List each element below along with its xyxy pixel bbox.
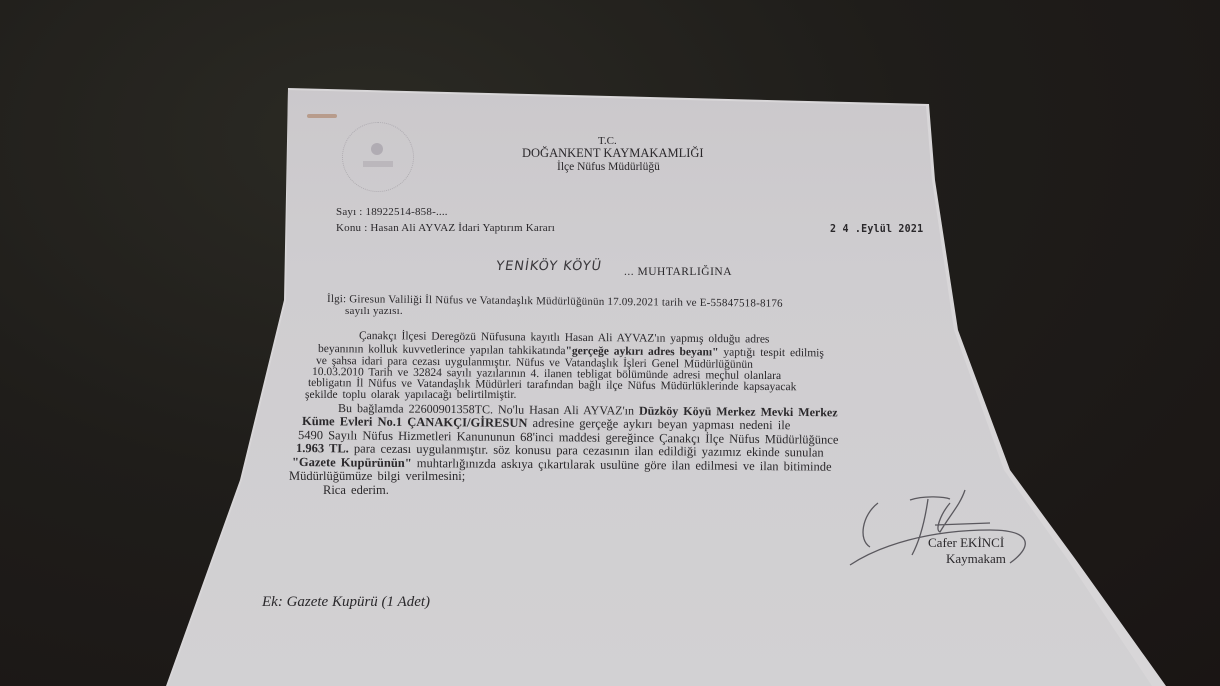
signatory-title: Kaymakam: [946, 551, 1006, 567]
gazette-bold: "Gazete Kupürünün": [292, 455, 412, 470]
signature-icon: [840, 485, 1040, 575]
signatory-name: Cafer EKİNCİ: [928, 535, 1004, 551]
ilgi-line-2: sayılı yazısı.: [345, 305, 403, 317]
p1-text-tail: yaptığı tespit edilmiş: [718, 346, 823, 359]
header-institution: DOĞANKENT KAYMAKAMLIĞI: [522, 146, 704, 161]
tape-mark: [307, 114, 337, 118]
konu-line: Konu : Hasan Ali AYVAZ İdari Yaptırım Ka…: [336, 222, 555, 234]
document-date: 2 4 .Eylül 2021: [830, 223, 923, 235]
recipient-handwritten: YENİKÖY KÖYÜ: [495, 259, 603, 274]
paragraph2-line6: Müdürlüğümüze bilgi verilmesini;: [289, 469, 465, 484]
closing-rica: Rica ederim.: [323, 483, 389, 498]
sayi-line: Sayı : 18922514-858-....: [336, 206, 448, 218]
emblem-seal-icon: [342, 122, 414, 192]
paragraph1-line6: şekilde toplu olarak yapılacağı belirtil…: [305, 389, 516, 401]
fine-amount: 1.963 TL.: [296, 441, 349, 455]
attachment-note: Ek: Gazete Kupürü (1 Adet): [262, 594, 430, 611]
recipient-suffix: ... MUHTARLIĞINA: [624, 266, 732, 278]
p2-text-5: muhtarlığınızda askıya çıkartılarak usul…: [412, 456, 832, 474]
header-department: İlçe Nüfus Müdürlüğü: [557, 161, 660, 173]
